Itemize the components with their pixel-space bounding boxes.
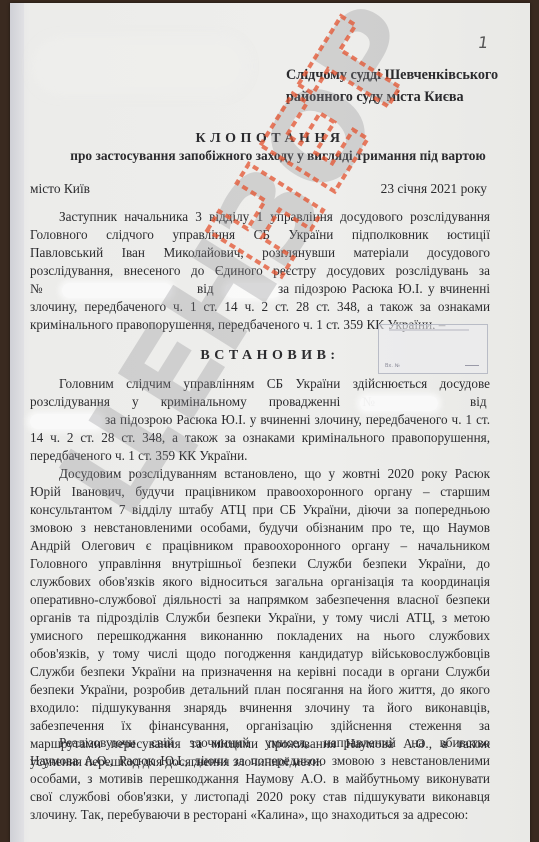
text-line: розслідування, внесеного до Єдиного реєс… (30, 262, 490, 280)
text-line: службових обов'язків якого відноситься з… (30, 573, 490, 591)
text-line: особами, з мотивів перешкоджання Наумову… (30, 770, 490, 788)
redacted-case-number (360, 396, 438, 411)
text-line: Служби безпеки України на призначення на… (30, 663, 490, 681)
text-line: Павловський Іван Миколайович, розглянувш… (30, 244, 490, 262)
city: місто Київ (30, 181, 90, 197)
text-line: консультантом 7 відділу штабу АТЦ при СБ… (30, 501, 490, 519)
redacted-date (30, 414, 102, 429)
document-page: 1 Слідчому судді Шевченківського районно… (10, 3, 530, 842)
text-line: умисного перешкоджання виконанню покладе… (30, 627, 490, 645)
text-line: свої службові обов'язки, у листопаді 202… (30, 788, 490, 806)
document-title: КЛОПОТАННЯ (10, 131, 530, 147)
document-date: 23 січня 2021 року (381, 181, 487, 197)
text-line: Юрій Іванович, будучи працівником правоо… (30, 483, 490, 501)
page-fold-shadow (10, 3, 24, 842)
section-heading-established: ВСТАНОВИВ: (10, 348, 530, 364)
text-line: обов'язків, у тому числі щодо погодження… (30, 645, 490, 663)
text-line: Заступник начальника 3 відділу 1 управлі… (59, 208, 490, 226)
text-line: 14 ч. 2 ст. 28 ст. 348, а також за ознак… (30, 429, 490, 447)
text-line: розслідування у кримінальному провадженн… (30, 393, 375, 411)
text-line: за підозрою Расюка Ю.І. у вчиненні злочи… (105, 411, 490, 429)
text-line: від (197, 280, 214, 298)
text-line: Андрій Олегович є працівником правоохоро… (30, 537, 490, 555)
text-line: від (470, 393, 487, 411)
addressee-line: Слідчому судді Шевченківського (286, 64, 498, 86)
addressee: Слідчому судді Шевченківського районного… (286, 64, 498, 108)
redacted-letterhead (40, 45, 240, 87)
text-line: злочину. Так, перебуваючи в ресторані «К… (30, 806, 468, 824)
text-line: входило: підшукування знарядь вчинення з… (30, 699, 490, 717)
text-line: злочину, передбаченого ч. 1 ст. 14 ч. 2 … (30, 298, 490, 316)
text-line: Головного слідчого управління СБ України… (30, 226, 490, 244)
text-line: за підозрою Расюка Ю.І. у вчиненні (278, 280, 490, 298)
handwritten-page-number: 1 (476, 33, 489, 52)
text-line: безпеки України, розробив детальний план… (30, 681, 490, 699)
text-line: Реалізовуючи свій злочинний умисел, напр… (59, 734, 490, 752)
redacted-case-number (62, 283, 172, 298)
text-line: Головним слідчим управлінням СБ України … (59, 375, 490, 393)
redacted-date (225, 283, 280, 298)
text-line: забезпечення їх фінансування, організаці… (30, 717, 490, 735)
text-line: оперативно-службової діяльності за напря… (30, 591, 490, 609)
text-line: органів та підрозділів Служби безпеки Ук… (30, 609, 490, 627)
document-subtitle: про застосування запобіжного заходу у ви… (48, 148, 508, 164)
text-line: змовою з невстановленими особами, будучи… (30, 519, 490, 537)
text-line: Досудовим розслідуванням встановлено, що… (59, 465, 490, 483)
addressee-line: районного суду міста Києва (286, 86, 498, 108)
text-line: № (30, 280, 43, 298)
text-line: Головного управління внутрішньої безпеки… (30, 555, 490, 573)
text-line: передбаченого ч. 1 ст. 359 КК України. (30, 447, 247, 465)
text-line: Наумова А.О., Расюк Ю.І., діючи за попер… (30, 752, 490, 770)
